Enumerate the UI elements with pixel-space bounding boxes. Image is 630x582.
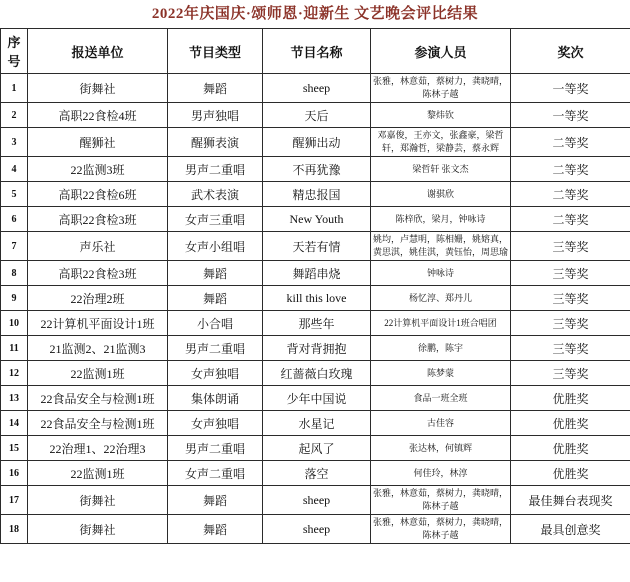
cell-no: 13	[1, 386, 28, 411]
cell-no: 4	[1, 157, 28, 182]
cell-unit: 22监测1班	[28, 361, 168, 386]
table-row: 5高职22食检6班武术表演精忠报国谢骐欣二等奖	[1, 182, 630, 207]
cell-performers: 梁哲轩 张文杰	[371, 157, 511, 182]
cell-award: 优胜奖	[511, 411, 630, 436]
cell-name: 水星记	[263, 411, 371, 436]
cell-type: 男声独唱	[168, 103, 263, 128]
cell-type: 男声二重唱	[168, 336, 263, 361]
cell-no: 14	[1, 411, 28, 436]
cell-award: 一等奖	[511, 74, 630, 103]
cell-performers: 邓嘉俊，王亦文，张鑫豪，梁哲轩，郑瀚哲，梁静芸，蔡永辉	[371, 128, 511, 157]
cell-no: 8	[1, 261, 28, 286]
cell-no: 9	[1, 286, 28, 311]
table-row: 422监测3班男声二重唱不再犹豫梁哲轩 张文杰二等奖	[1, 157, 630, 182]
cell-no: 1	[1, 74, 28, 103]
cell-type: 女声独唱	[168, 361, 263, 386]
cell-name: 不再犹豫	[263, 157, 371, 182]
cell-no: 7	[1, 232, 28, 261]
cell-award: 优胜奖	[511, 461, 630, 486]
cell-award: 优胜奖	[511, 436, 630, 461]
cell-name: New Youth	[263, 207, 371, 232]
cell-performers: 22计算机平面设计1班合唱团	[371, 311, 511, 336]
cell-award: 一等奖	[511, 103, 630, 128]
cell-no: 3	[1, 128, 28, 157]
cell-performers: 钟咏诗	[371, 261, 511, 286]
cell-name: 那些年	[263, 311, 371, 336]
cell-award: 三等奖	[511, 232, 630, 261]
cell-name: 背对背拥抱	[263, 336, 371, 361]
cell-type: 男声二重唱	[168, 436, 263, 461]
table-row: 1322食品安全与检测1班集体朗诵少年中国说食品一班全班优胜奖	[1, 386, 630, 411]
cell-performers: 杨忆淳、郑丹儿	[371, 286, 511, 311]
table-row: 1街舞社舞蹈sheep张雅，林意茹，蔡树力，龚晓晴，陈林子越一等奖	[1, 74, 630, 103]
table-row: 1522治理1、22治理3男声二重唱起风了张达林，何镇辉优胜奖	[1, 436, 630, 461]
cell-type: 女声三重唱	[168, 207, 263, 232]
cell-unit: 22计算机平面设计1班	[28, 311, 168, 336]
cell-unit: 22食品安全与检测1班	[28, 386, 168, 411]
cell-name: 醒狮出动	[263, 128, 371, 157]
cell-name: 天后	[263, 103, 371, 128]
header-performers: 参演人员	[371, 29, 511, 74]
cell-performers: 何佳玲，林淳	[371, 461, 511, 486]
cell-performers: 张雅，林意茹，蔡树力，龚晓晴，陈林子越	[371, 74, 511, 103]
cell-unit: 22治理1、22治理3	[28, 436, 168, 461]
cell-unit: 高职22食检6班	[28, 182, 168, 207]
cell-performers: 徐鹏，陈宇	[371, 336, 511, 361]
cell-type: 集体朗诵	[168, 386, 263, 411]
table-row: 1622监测1班女声二重唱落空何佳玲，林淳优胜奖	[1, 461, 630, 486]
cell-name: 落空	[263, 461, 371, 486]
cell-unit: 街舞社	[28, 74, 168, 103]
cell-name: sheep	[263, 486, 371, 515]
cell-name: 天若有情	[263, 232, 371, 261]
cell-no: 5	[1, 182, 28, 207]
cell-unit: 22食品安全与检测1班	[28, 411, 168, 436]
cell-unit: 街舞社	[28, 515, 168, 544]
cell-award: 三等奖	[511, 361, 630, 386]
cell-performers: 陈梦蒙	[371, 361, 511, 386]
cell-name: 红蔷薇白玫瑰	[263, 361, 371, 386]
table-row: 17街舞社舞蹈sheep张雅，林意茹，蔡树力，龚晓晴，陈林子越最佳舞台表现奖	[1, 486, 630, 515]
cell-award: 二等奖	[511, 157, 630, 182]
cell-type: 武术表演	[168, 182, 263, 207]
cell-performers: 古佳容	[371, 411, 511, 436]
cell-award: 二等奖	[511, 182, 630, 207]
table-row: 1222监测1班女声独唱红蔷薇白玫瑰陈梦蒙三等奖	[1, 361, 630, 386]
cell-type: 舞蹈	[168, 261, 263, 286]
cell-unit: 街舞社	[28, 486, 168, 515]
cell-performers: 谢骐欣	[371, 182, 511, 207]
cell-no: 2	[1, 103, 28, 128]
cell-type: 醒狮表演	[168, 128, 263, 157]
cell-award: 二等奖	[511, 128, 630, 157]
results-table: 序号 报送单位 节目类型 节目名称 参演人员 奖次 1街舞社舞蹈sheep张雅，…	[0, 28, 630, 544]
cell-unit: 21监测2、21监测3	[28, 336, 168, 361]
cell-performers: 张达林，何镇辉	[371, 436, 511, 461]
cell-name: sheep	[263, 74, 371, 103]
cell-performers: 黎炜钦	[371, 103, 511, 128]
cell-name: 舞蹈串烧	[263, 261, 371, 286]
cell-name: 精忠报国	[263, 182, 371, 207]
table-header: 序号 报送单位 节目类型 节目名称 参演人员 奖次	[1, 29, 630, 74]
cell-unit: 高职22食检3班	[28, 261, 168, 286]
header-row: 序号 报送单位 节目类型 节目名称 参演人员 奖次	[1, 29, 630, 74]
cell-award: 优胜奖	[511, 386, 630, 411]
cell-unit: 22监测3班	[28, 157, 168, 182]
header-unit: 报送单位	[28, 29, 168, 74]
cell-no: 17	[1, 486, 28, 515]
page-title: 2022年庆国庆·颂师恩·迎新生 文艺晚会评比结果	[0, 0, 630, 28]
table-row: 8高职22食检3班舞蹈舞蹈串烧钟咏诗三等奖	[1, 261, 630, 286]
table-row: 3醒狮社醒狮表演醒狮出动邓嘉俊，王亦文，张鑫豪，梁哲轩，郑瀚哲，梁静芸，蔡永辉二…	[1, 128, 630, 157]
table-row: 922治理2班舞蹈kill this love杨忆淳、郑丹儿三等奖	[1, 286, 630, 311]
cell-type: 小合唱	[168, 311, 263, 336]
cell-award: 三等奖	[511, 336, 630, 361]
cell-no: 11	[1, 336, 28, 361]
cell-no: 16	[1, 461, 28, 486]
cell-name: kill this love	[263, 286, 371, 311]
cell-type: 舞蹈	[168, 74, 263, 103]
table-row: 1422食品安全与检测1班女声独唱水星记古佳容优胜奖	[1, 411, 630, 436]
cell-type: 舞蹈	[168, 515, 263, 544]
cell-no: 15	[1, 436, 28, 461]
cell-performers: 张雅，林意茹，蔡树力，龚晓晴，陈林子越	[371, 486, 511, 515]
table-row: 2高职22食检4班男声独唱天后黎炜钦一等奖	[1, 103, 630, 128]
table-row: 6高职22食检3班女声三重唱New Youth陈梓欣，梁月，钟咏诗二等奖	[1, 207, 630, 232]
cell-award: 最佳舞台表现奖	[511, 486, 630, 515]
cell-type: 女声独唱	[168, 411, 263, 436]
cell-no: 12	[1, 361, 28, 386]
table-row: 7声乐社女声小组唱天若有情姚均，卢慧明，陈相姗，姚嫆真，黄思淇，姚佳淇，黄钰怡，…	[1, 232, 630, 261]
cell-performers: 姚均，卢慧明，陈相姗，姚嫆真，黄思淇，姚佳淇，黄钰怡，周思瑜	[371, 232, 511, 261]
header-type: 节目类型	[168, 29, 263, 74]
cell-no: 6	[1, 207, 28, 232]
cell-award: 最具创意奖	[511, 515, 630, 544]
table-row: 18街舞社舞蹈sheep张雅，林意茹，蔡树力，龚晓晴，陈林子越最具创意奖	[1, 515, 630, 544]
header-serial: 序号	[1, 29, 28, 74]
cell-unit: 22治理2班	[28, 286, 168, 311]
table-body: 1街舞社舞蹈sheep张雅，林意茹，蔡树力，龚晓晴，陈林子越一等奖2高职22食检…	[1, 74, 630, 544]
cell-unit: 高职22食检3班	[28, 207, 168, 232]
cell-unit: 高职22食检4班	[28, 103, 168, 128]
cell-award: 二等奖	[511, 207, 630, 232]
cell-no: 10	[1, 311, 28, 336]
cell-type: 舞蹈	[168, 286, 263, 311]
cell-type: 女声小组唱	[168, 232, 263, 261]
header-name: 节目名称	[263, 29, 371, 74]
cell-performers: 陈梓欣，梁月，钟咏诗	[371, 207, 511, 232]
cell-unit: 醒狮社	[28, 128, 168, 157]
header-award: 奖次	[511, 29, 630, 74]
table-row: 1121监测2、21监测3男声二重唱背对背拥抱徐鹏，陈宇三等奖	[1, 336, 630, 361]
cell-type: 舞蹈	[168, 486, 263, 515]
cell-award: 三等奖	[511, 311, 630, 336]
cell-performers: 张雅，林意茹，蔡树力，龚晓晴，陈林子越	[371, 515, 511, 544]
cell-no: 18	[1, 515, 28, 544]
cell-name: 起风了	[263, 436, 371, 461]
document-page: 2022年庆国庆·颂师恩·迎新生 文艺晚会评比结果 序号 报送单位 节目类型 节…	[0, 0, 630, 582]
cell-type: 女声二重唱	[168, 461, 263, 486]
cell-name: 少年中国说	[263, 386, 371, 411]
table-row: 1022计算机平面设计1班小合唱那些年22计算机平面设计1班合唱团三等奖	[1, 311, 630, 336]
cell-unit: 22监测1班	[28, 461, 168, 486]
cell-award: 三等奖	[511, 261, 630, 286]
cell-type: 男声二重唱	[168, 157, 263, 182]
cell-name: sheep	[263, 515, 371, 544]
cell-unit: 声乐社	[28, 232, 168, 261]
cell-performers: 食品一班全班	[371, 386, 511, 411]
cell-award: 三等奖	[511, 286, 630, 311]
